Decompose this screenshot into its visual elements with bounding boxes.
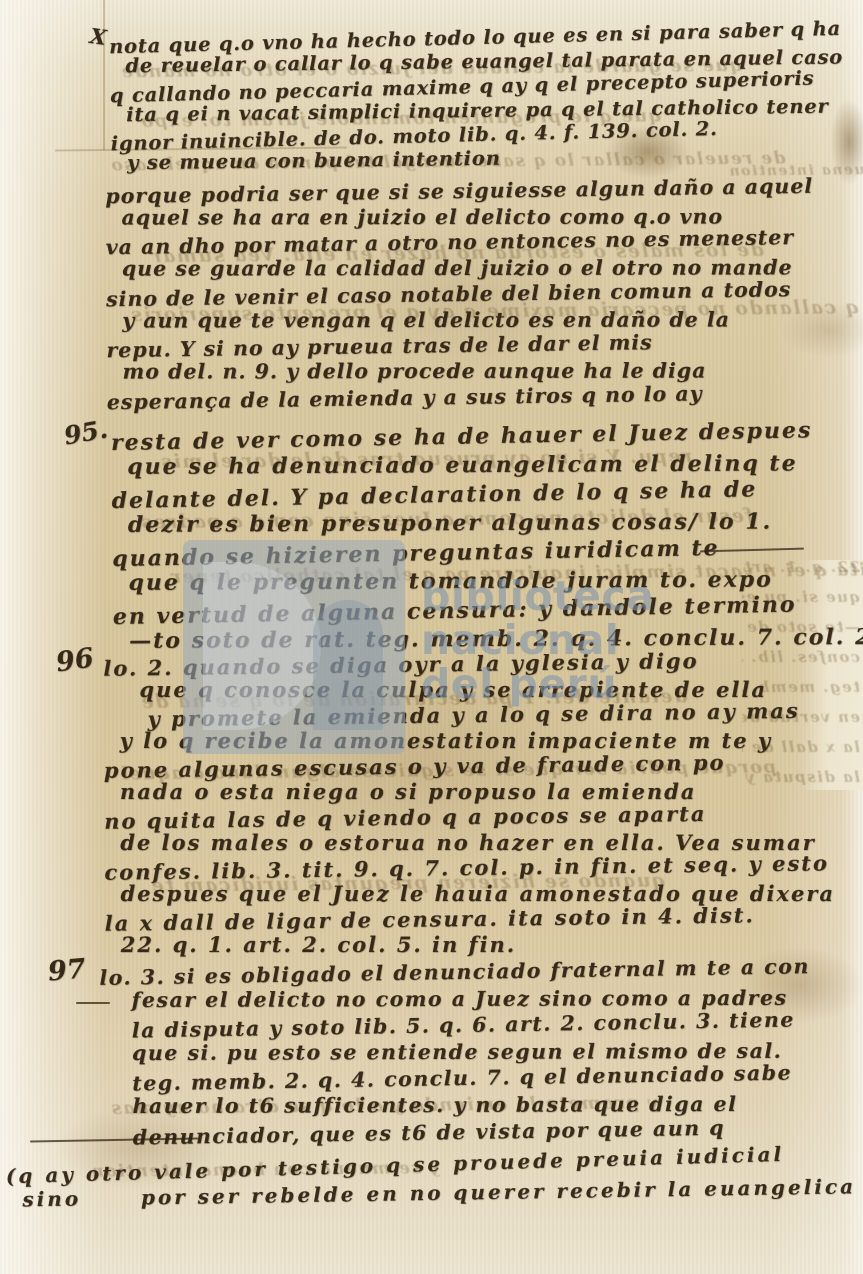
paragraph-nota: nota que q.o vno ha hecho todo lo que es… bbox=[109, 20, 845, 179]
watermark-line: nacional bbox=[421, 618, 654, 662]
manuscript-line: 22. q. 1. art. 2. col. 5. in fin. bbox=[121, 931, 836, 957]
bn-logo-shape bbox=[203, 562, 321, 730]
watermark-biblioteca-nacional: biblioteca nacional del perú bbox=[183, 540, 654, 754]
margin-number-97: 97 bbox=[47, 953, 87, 987]
paragraph-porque: porque podria ser que si se siguiesse al… bbox=[105, 177, 814, 413]
margin-number-96: 96 bbox=[54, 643, 96, 679]
watermark-text: biblioteca nacional del perú bbox=[421, 574, 654, 706]
bn-logo-shape bbox=[313, 600, 383, 730]
hyphen-dash bbox=[76, 1002, 110, 1004]
paragraph-97: lo. 3. si es obligado el denunciado frat… bbox=[99, 956, 811, 1148]
watermark-line: biblioteca bbox=[421, 574, 654, 618]
manuscript-page: que se guarde la calidad del juizio o el… bbox=[0, 0, 863, 1274]
margin-mark-x: X bbox=[88, 23, 108, 50]
vertical-crease bbox=[103, 0, 105, 150]
bn-logo bbox=[183, 540, 405, 754]
watermark-line: del perú bbox=[421, 662, 654, 706]
